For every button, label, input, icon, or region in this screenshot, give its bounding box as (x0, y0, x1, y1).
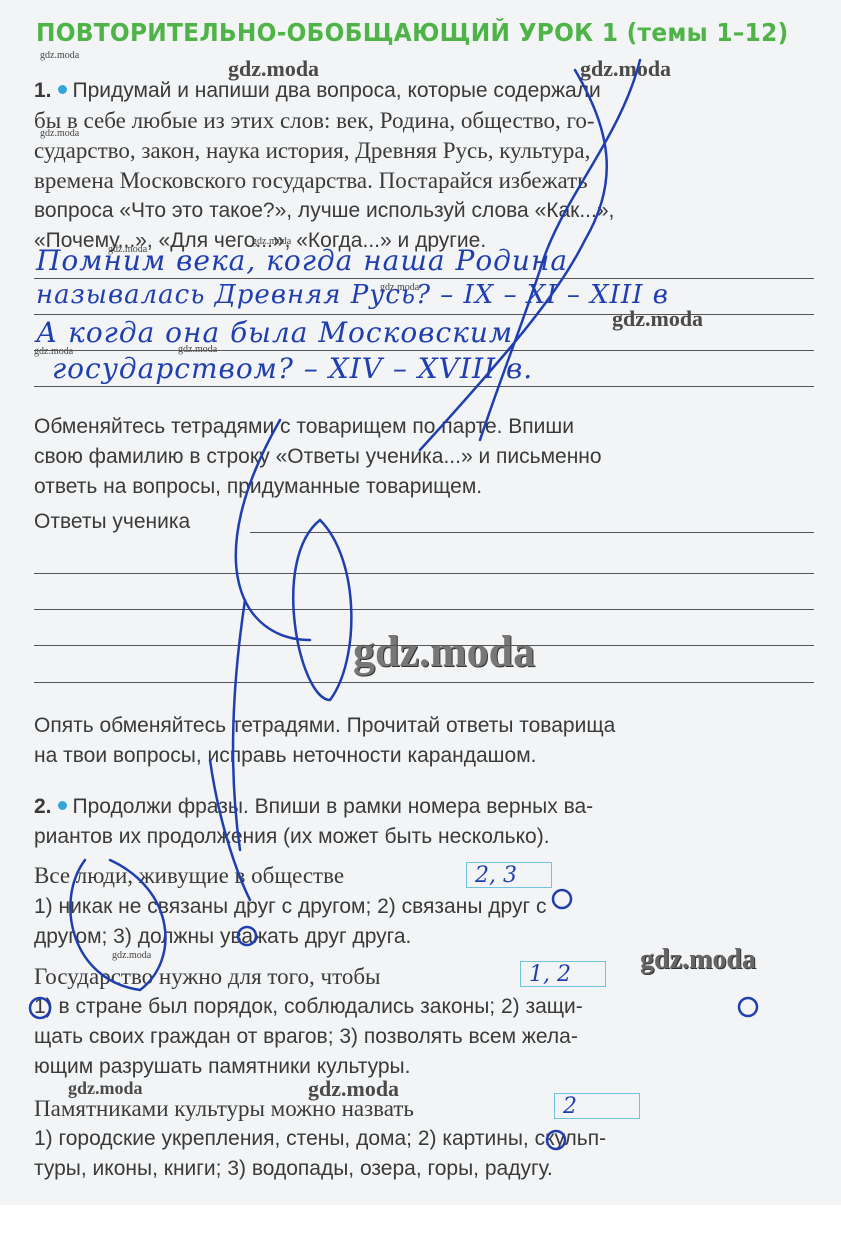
task2-number: 2. (34, 795, 52, 818)
handwritten-answer: Помним века, когда наша Родина (36, 244, 568, 277)
answer-box[interactable]: 2, 3 (466, 862, 552, 888)
task1-prompt-line: вопроса «Что это такое?», лучше использу… (34, 196, 814, 226)
options-line: 1) в стране был порядок, соблюдались зак… (34, 992, 814, 1022)
student-name-line[interactable] (250, 532, 814, 533)
options-line: туры, иконы, книги; 3) водопады, озера, … (34, 1154, 814, 1184)
writing-line[interactable] (34, 645, 814, 646)
bullet-dot-icon (58, 85, 67, 94)
bullet-dot-icon (58, 801, 67, 810)
workbook-page: ПОВТОРИТЕЛЬНО-ОБОБЩАЮЩИЙ УРОК 1 (темы 1–… (0, 0, 841, 1205)
question-stem: Все люди, живущие в обществе (34, 861, 814, 891)
watermark: gdz.moda (40, 50, 79, 61)
task1-prompt-line: бы в себе любые из этих слов: век, Родин… (34, 106, 814, 136)
question-options: 1) городские укрепления, стены, дома; 2)… (34, 1124, 814, 1184)
options-line: ющим разрушать памятники культуры. (34, 1052, 814, 1082)
instruction-line: на твои вопросы, исправь неточности кара… (34, 741, 814, 771)
task1-prompt: 1.Придумай и напиши два вопроса, которые… (34, 76, 814, 256)
question-options: 1) никак не связаны друг с другом; 2) св… (34, 892, 814, 952)
writing-line[interactable] (34, 609, 814, 610)
question-stem: Памятниками культуры можно назвать (34, 1094, 814, 1124)
exchange-again-instructions: Опять обменяйтесь тетрадями. Прочитай от… (34, 711, 814, 771)
writing-line (34, 386, 814, 387)
task1-number: 1. (34, 79, 52, 102)
task1-prompt-line: Придумай и напиши два вопроса, которые с… (73, 79, 601, 102)
writing-line (34, 278, 814, 279)
handwritten-answer: государством? – XIV – XVIII в. (52, 352, 533, 385)
writing-line[interactable] (34, 682, 814, 683)
handwritten-answer: А когда она была Московским (36, 316, 513, 349)
task2-prompt-line: Продолжи фразы. Впиши в рамки номера вер… (73, 795, 594, 818)
question-options: 1) в стране был порядок, соблюдались зак… (34, 992, 814, 1082)
options-line: другом; 3) должны уважать друг друга. (34, 922, 814, 952)
task2-prompt-line: риантов их продолжения (их может быть не… (34, 822, 814, 852)
question-stem: Государство нужно для того, чтобы (34, 962, 814, 992)
options-line: 1) городские укрепления, стены, дома; 2)… (34, 1124, 814, 1154)
instruction-line: ответь на вопросы, придуманные товарищем… (34, 472, 814, 502)
options-line: 1) никак не связаны друг с другом; 2) св… (34, 892, 814, 922)
instruction-line: Опять обменяйтесь тетрадями. Прочитай от… (34, 711, 814, 741)
student-answers-label: Ответы ученика (34, 510, 190, 534)
handwritten-answer: называлась Древняя Русь? – IX – XI – XII… (36, 280, 669, 310)
options-line: щать своих граждан от врагов; 3) позволя… (34, 1022, 814, 1052)
writing-line (34, 350, 814, 351)
writing-line[interactable] (34, 573, 814, 574)
exchange-instructions: Обменяйтесь тетрадями с товарищем по пар… (34, 412, 814, 502)
instruction-line: Обменяйтесь тетрадями с товарищем по пар… (34, 412, 814, 442)
page-title: ПОВТОРИТЕЛЬНО-ОБОБЩАЮЩИЙ УРОК 1 (темы 1–… (36, 18, 789, 47)
task2-prompt: 2.Продолжи фразы. Впиши в рамки номера в… (34, 792, 814, 852)
task1-prompt-line: времена Московского государства. Постара… (34, 166, 814, 196)
answer-box[interactable]: 2 (554, 1093, 640, 1119)
answer-box[interactable]: 1, 2 (520, 961, 606, 987)
instruction-line: свою фамилию в строку «Ответы ученика...… (34, 442, 814, 472)
watermark-large: gdz.moda (353, 626, 535, 677)
task1-prompt-line: сударство, закон, наука история, Древняя… (34, 136, 814, 166)
writing-line (34, 314, 814, 315)
